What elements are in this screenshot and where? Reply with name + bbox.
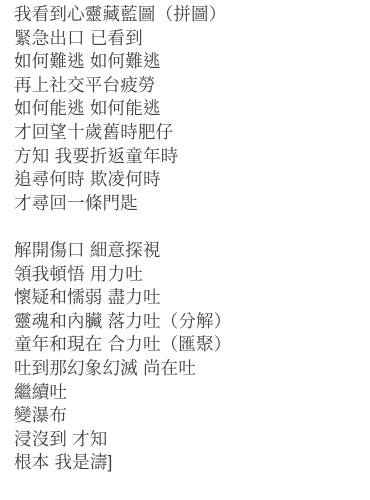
lyric-line: 靈魂和內臟 落力吐（分解） <box>14 310 360 334</box>
lyric-line: 解開傷口 細意探視 <box>14 239 360 263</box>
lyrics-stanza-2: 解開傷口 細意探視 領我頓悟 用力吐 懷疑和懦弱 盡力吐 靈魂和內臟 落力吐（分… <box>14 239 360 475</box>
lyric-line: 變瀑布 <box>14 404 360 428</box>
lyric-line: 如何能逃 如何能逃 <box>14 97 360 121</box>
lyric-line: 吐到那幻象幻滅 尚在吐 <box>14 357 360 381</box>
lyric-line: 根本 我是濤] <box>14 451 360 475</box>
lyrics-text-block: 我看到心靈藏藍圖（拼圖） 緊急出口 已看到 如何難逃 如何難逃 再上社交平台疲勞… <box>0 0 370 475</box>
lyric-line: 領我頓悟 用力吐 <box>14 263 360 287</box>
lyric-line: 追尋何時 欺凌何時 <box>14 168 360 192</box>
lyric-line: 緊急出口 已看到 <box>14 27 360 51</box>
lyric-line: 方知 我要折返童年時 <box>14 145 360 169</box>
lyric-line: 童年和現在 合力吐（匯聚） <box>14 333 360 357</box>
lyric-line: 才回望十歲舊時肥仔 <box>14 121 360 145</box>
lyric-line: 我看到心靈藏藍圖（拼圖） <box>14 3 360 27</box>
lyric-line: 再上社交平台疲勞 <box>14 74 360 98</box>
lyric-line: 繼續吐 <box>14 381 360 405</box>
lyric-line: 才尋回一條門匙 <box>14 192 360 216</box>
lyric-line: 懷疑和懦弱 盡力吐 <box>14 286 360 310</box>
lyric-line: 浸沒到 才知 <box>14 428 360 452</box>
lyrics-stanza-1: 我看到心靈藏藍圖（拼圖） 緊急出口 已看到 如何難逃 如何難逃 再上社交平台疲勞… <box>14 3 360 215</box>
lyric-line: 如何難逃 如何難逃 <box>14 50 360 74</box>
